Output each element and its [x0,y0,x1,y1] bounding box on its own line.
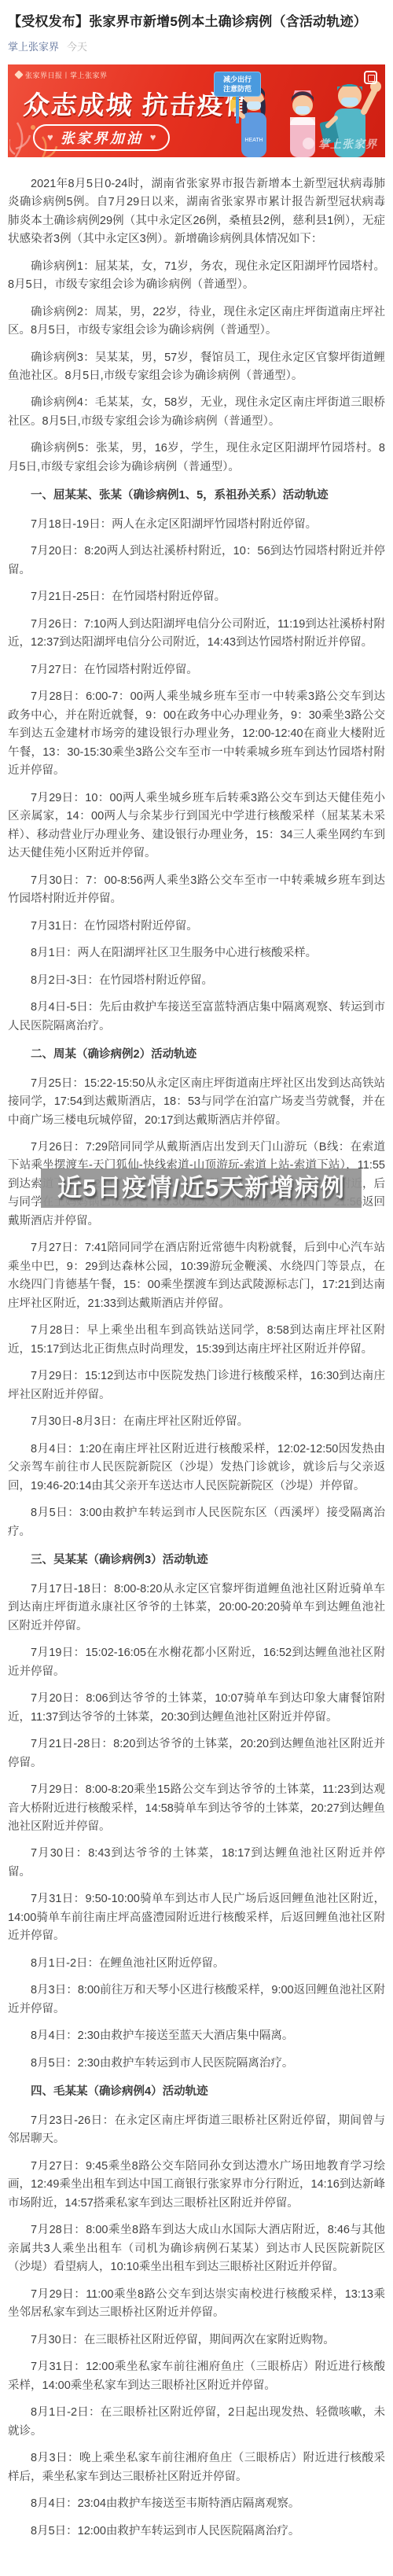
article-paragraph: 7月31日：9:50-10:00骑单车到达市人民广场后返回鲤鱼池社区附近，14:… [8,1890,385,1945]
article-paragraph: 8月4日-5日：先后由救护车接送至富蓝特酒店集中隔离观察、转运到市人民医院隔离治… [8,999,385,1036]
article-paragraph: 2021年8月5日0-24时，湖南省张家界市报告新增本土新型冠状病毒肺炎确诊病例… [8,175,385,249]
banner-slogan-pill: ♥ 张家界加油 ♥ [33,124,170,151]
sign-pole [236,97,239,123]
sign-line-2: 注意防范 [216,84,259,94]
section-heading: 四、毛某某（确诊病例4）活动轨迹 [8,2083,385,2101]
article-paragraph: 7月28日：6:00-7：00两人乘坐城乡班车至市一中转乘3路公交车到达政务中心… [8,688,385,780]
article-paragraph: 7月18日-19日：两人在永定区阳湖坪竹园塔村附近停留。 [8,516,385,534]
article-paragraph: 8月1日-2日：在鲤鱼池社区附近停留。 [8,1955,385,1973]
publish-time: 今天 [67,39,87,53]
shirt-text: HEATH [244,138,263,143]
article-paragraph: 7月21日-28日：8:20到达爷爷的土钵菜，20:20到达鲤鱼池社区附近并停留… [8,1735,385,1772]
article-paragraph: 7月26日：7:29陪同同学从戴斯酒店出发到天门山游玩（B线：在索道下站乘坐摆渡… [8,1139,385,1231]
banner-slogan: 张家界加油 [61,127,143,148]
article-paragraph: 8月4日：1:20在南庄坪社区附近进行核酸采样，12:02-12:50因发热由父… [8,1441,385,1496]
article-paragraph: 7月29日：11:00乘坐8路公交车到达崇实南校进行核酸采样，13:13乘坐邻居… [8,2286,385,2323]
article-paragraph: 7月20日：8:20两人到达社溪桥村附近，10：56到达竹园塔村附近并停留。 [8,543,385,580]
article-page: 【受权发布】张家界市新增5例本土确诊病例（含活动轨迹） 掌上张家界 今天 张家界… [0,13,393,2576]
qr-corner-icon [364,71,377,84]
banner-masthead: 张家界日报丨掌上张家界 [16,70,108,80]
article-paragraph: 7月26日：7:10两人到达阳湖坪电信分公司附近，11:19到达社溪桥村附近，1… [8,616,385,653]
article-title: 【受权发布】张家界市新增5例本土确诊病例（含活动轨迹） [8,13,385,32]
article-paragraph: 7月28日：早上乘坐出租车到高铁站送同学，8:58到达南庄坪社区附近，15:17… [8,1322,385,1359]
article-paragraph: 8月2日-3日：在竹园塔村附近停留。 [8,972,385,990]
section-heading: 三、吴某某（确诊病例3）活动轨迹 [8,1551,385,1570]
section-heading: 二、周某（确诊病例2）活动轨迹 [8,1046,385,1064]
article-paragraph: 8月3日：8:00前往万和天琴小区进行核酸采样，9:00返回鲤鱼池社区附近并停留… [8,1982,385,2018]
article-paragraph: 7月29日：10：00两人乘坐城乡班车后转乘3路公交车到达天健佳苑小区亲属家，1… [8,789,385,863]
article-paragraph: 7月27日：9:45乘坐8路公交车陪同孙女到达澧水广场田地教育学习绘画，12:4… [8,2158,385,2213]
article-paragraph: 7月23日-26日：在永定区南庄坪街道三眼桥社区附近停留，期间曾与邻居聊天。 [8,2112,385,2149]
article-paragraph: 7月29日：15:12到达市中医院发热门诊进行核酸采样，16:30到达南庄坪社区… [8,1367,385,1404]
article-paragraph: 确诊病例1：屈某某，女，71岁，务农，现住永定区阳湖坪竹园塔村。8月5日，市级专… [8,258,385,295]
article-paragraph: 7月30日：8:43到达爷爷的土钵菜，18:17到达鲤鱼池社区附近并停留。 [8,1845,385,1882]
article-paragraph: 7月31日：12:00乘坐私家车前往湘府鱼庄（三眼桥店）附近进行核酸采样，14:… [8,2358,385,2395]
article-paragraph: 8月1日-2日：在三眼桥社区附近停留，2日起出现发热、轻微咳嗽，未就诊。 [8,2404,385,2441]
watermark-text: 掌上张家界 [318,136,377,152]
watermark-logo-icon [303,138,314,149]
article-paragraph: 7月30日：在三眼桥社区附近停留，期间两次在家附近购物。 [8,2331,385,2350]
article-paragraph: 7月17日-18日：8:00-8:20从永定区官黎坪街道鲤鱼池社区附近骑单车到达… [8,1581,385,1636]
masthead-diamond-icon [14,70,23,79]
sign-board: 减少出行 注意防范 [214,72,261,97]
article-paragraph: 8月1日：两人在阳湖坪社区卫生服务中心进行核酸采样。 [8,944,385,962]
banner-watermark: 掌上张家界 [303,136,377,152]
sign-line-1: 减少出行 [216,75,259,84]
article-paragraph: 8月5日：2:30由救护车转运到市人民医院隔离治疗。 [8,2055,385,2073]
article-paragraph: 7月25日：15:22-15:50从永定区南庄坪街道南庄坪社区出发到达高铁站接同… [8,1075,385,1130]
article-paragraph: 确诊病例2：周某，男，22岁，待业，现住永定区南庄坪街道南庄坪社区。8月5日，市… [8,304,385,340]
article-paragraph: 7月30日-8月3日：在南庄坪社区附近停留。 [8,1413,385,1431]
article-paragraph: 7月30日：7：00-8:56两人乘坐3路公交车至市一中转乘城乡班车到达竹园塔村… [8,872,385,909]
article-paragraph: 7月19日：15:02-16:05在水榭花都小区附近，16:52到达鲤鱼池社区附… [8,1644,385,1681]
article-paragraph: 确诊病例5：张某，男，16岁，学生，现住永定区阳湖坪竹园塔村。8月5日,市级专家… [8,440,385,477]
byline: 掌上张家界 今天 [8,39,385,53]
article-paragraph: 确诊病例3：吴某某，男，57岁，餐馆员工，现住永定区官黎坪街道鲤鱼池社区。8月5… [8,349,385,386]
heart-icon: ♥ [150,131,156,143]
floating-caption-overlay: 近5日疫情/近5天新增病例 [41,1168,362,1208]
masthead-text: 张家界日报丨掌上张家界 [25,70,108,80]
article-paragraph: 8月5日：3:00由救护车转运到市人民医院东区（西溪坪）接受隔离治疗。 [8,1504,385,1541]
article-paragraph: 8月3日：晚上乘坐私家车前往湘府鱼庄（三眼桥店）附近进行核酸采样后，乘坐私家车到… [8,2449,385,2486]
article-body: 2021年8月5日0-24时，湖南省张家界市报告新增本土新型冠状病毒肺炎确诊病例… [0,165,393,2576]
article-paragraph: 7月27日：7:41陪同同学在酒店附近常德牛肉粉就餐，后到中心汽车站乘坐中巴，9… [8,1239,385,1313]
heart-icon: ♥ [47,131,53,143]
article-paragraph: 确诊病例4：毛某某，女，58岁，无业，现住永定区南庄坪街道三眼桥社区。8月5日,… [8,394,385,431]
section-heading: 一、屈某某、张某（确诊病例1、5，系祖孙关系）活动轨迹 [8,487,385,505]
article-paragraph: 7月28日：8:00乘坐8路车到达大成山水国际大酒店附近，8:46与其他亲属共3… [8,2221,385,2276]
article-paragraph: 8月4日：23:04由救护车接送至韦斯特酒店隔离观察。 [8,2495,385,2513]
article-paragraph: 8月4日：2:30由救护车接送至蓝天大酒店集中隔离。 [8,2027,385,2045]
account-name-link[interactable]: 掌上张家界 [8,39,59,53]
article-paragraph: 7月21日-25日：在竹园塔村附近停留。 [8,588,385,606]
article-paragraph: 7月20日：8:06到达爷爷的土钵菜，10:07骑单车到达印象大庸餐馆附近，11… [8,1690,385,1727]
article-paragraph: 8月5日：12:00由救护车转运到市人民医院隔离治疗。 [8,2523,385,2541]
protest-sign: 减少出行 注意防范 [214,72,261,123]
article-paragraph: 7月27日：在竹园塔村附近停留。 [8,661,385,679]
banner-image[interactable]: 张家界日报丨掌上张家界 众志成城 抗击疫情 ♥ 张家界加油 ♥ 减少出行 注意防… [8,64,385,157]
article-paragraph: 7月31日：在竹园塔村附近停留。 [8,918,385,936]
article-paragraph: 7月29日：8:00-8:20乘坐15路公交车到达爷爷的土钵菜，11:23到达观… [8,1781,385,1836]
